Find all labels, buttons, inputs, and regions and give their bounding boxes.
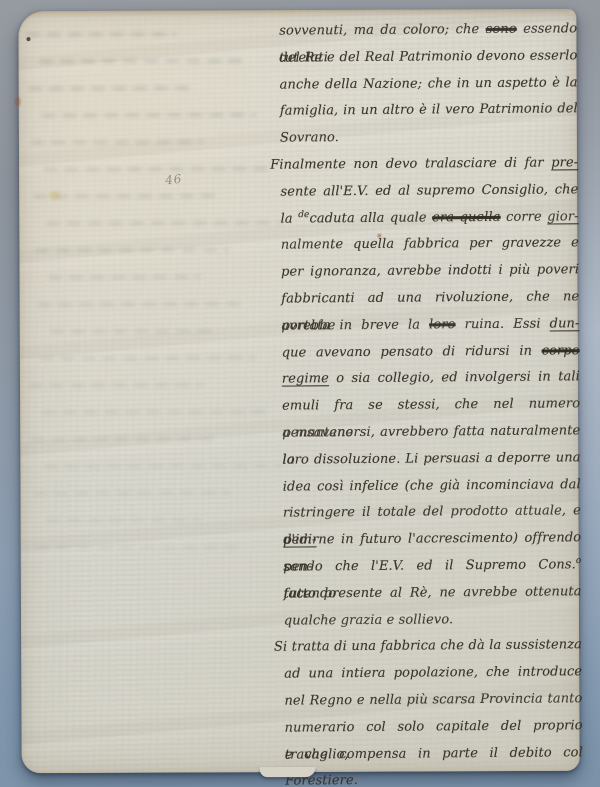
word-run: idea così infelice (che già incominciava… [283,477,581,494]
ghost-line [35,248,229,252]
manuscript-line: Sovrano. [280,123,578,152]
ghost-line [38,302,243,306]
struck-word: sono [486,22,517,37]
word-run: Sovrano. [280,130,339,145]
struck-word: loro [429,317,456,332]
manuscript-line: loro dissoluzione. Li persuasi a deporre… [282,445,580,474]
word-run: Finalmente non devo tralasciare di far [270,155,551,172]
manuscript-line: regime o sia collegio, ed involgersi in … [282,365,580,394]
manuscript-line: idea così infelice (che già incominciava… [283,472,581,501]
word-run: ristringere il totale del prodotto attua… [283,504,581,521]
manuscript-line: Finalmente non devo tralasciare di far p… [270,150,578,179]
ghost-line [42,410,269,414]
word-run: de [298,210,309,220]
word-run: corre [501,209,548,224]
manuscript-line: nalmente quella fabbrica per gravezze e [281,231,579,260]
word-run: famiglia, in un altro è il vero Patrimon… [280,102,578,119]
manuscript-line: sovvenuti, ma da coloro; che sono essend… [279,16,577,45]
manuscript-line: per ignoranza, avrebbe indotti i più pov… [281,257,579,286]
word-run: o sia collegio, ed involgersi in tali [329,370,580,387]
word-run: sente all'E.V. ed al supremo Consiglio, … [280,182,578,199]
ghost-line [31,437,216,441]
word-run: nalmente quella fabbrica per gravezze e [281,236,579,253]
stain [15,97,21,106]
manuscript-line: nel Regno e nella più scarsa Provincia t… [284,686,582,715]
manuscript-line: tutto presente al Rè, ne avrebbe ottenut… [283,579,581,608]
manuscript-line: pedirne in futuro l'accrescimento) offre… [283,525,581,554]
ghost-line [26,33,176,37]
manuscript-line: a mantenersi, avrebbero fatta naturalmen… [282,418,580,447]
word-run: regime [282,372,329,387]
manuscript-line: Si tratta di una fabbrica che dà la suss… [274,633,582,662]
word-run: ruina. Essi [456,316,550,332]
word-run: que avevano pensato di ridursi in [282,343,542,360]
text-column: sovvenuti, ma da coloro; che sono essend… [279,16,583,769]
word-run: anche della Nazione; che in un aspetto è… [280,75,578,92]
manuscript-page: 46 sovvenuti, ma da coloro; che sono ess… [18,9,579,773]
ghost-line [42,113,256,117]
deckle-flap [260,767,316,777]
manuscript-line: qualche grazia e sollievo. [284,606,582,635]
word-run: loro dissoluzione. Li persuasi a deporre… [282,450,580,467]
word-run: portata in breve la [281,317,429,333]
photo-background: 46 sovvenuti, ma da coloro; che sono ess… [0,0,600,787]
manuscript-line: del Re e del Real Patrimonio devono esse… [279,43,577,72]
ghost-line [48,275,200,279]
ghost-line [44,464,282,468]
struck-word: corpo [542,343,580,358]
manuscript-line: ristringere il totale del prodotto attua… [283,499,581,528]
ghost-line [33,194,216,198]
ghost-line [47,518,201,522]
stain [49,191,60,200]
word-run: sovvenuti, ma da coloro; che [279,22,486,39]
ghost-line [29,86,190,90]
manuscript-line: emuli fra se stessi, che nel numero pens… [282,391,580,420]
word-run: sando che l'E.V. ed il Supremo Cons. [283,557,576,574]
word-run: pre- [551,155,578,170]
word-run: caduta alla quale [309,210,432,226]
manuscript-line: portata in breve la loro ruina. Essi dun… [281,311,579,340]
word-run: nel Regno e nella più scarsa Provincia t… [284,691,582,708]
ghost-line [36,545,243,549]
ghost-line [40,59,243,63]
ghost-line [31,140,203,144]
word-run: la [281,211,299,226]
manuscript-line: numerario col solo capitale del proprio … [285,713,583,742]
manuscript-line: que avevano pensato di ridursi in corpo [282,338,580,367]
word-run: qualche grazia e sollievo. [284,612,454,628]
pencil-page-number: 46 [164,172,183,188]
struck-word: era quella [432,209,501,225]
word-run: e che compensa in parte il debito col Fo… [285,745,583,787]
manuscript-line: famiglia, in un altro è il vero Patrimon… [280,97,578,126]
word-run: dun- [550,316,580,331]
word-run: gior- [547,209,579,224]
manuscript-line: la decaduta alla quale era quella corre … [281,204,579,233]
ghost-line [44,167,269,171]
manuscript-line: anche della Nazione; che in un aspetto è… [279,70,577,99]
ghost-line [46,221,282,225]
word-run: del Re e del Real Patrimonio devono esse… [279,48,577,65]
manuscript-line: ad una intiera popolazione, che introduc… [284,659,582,688]
ghost-writing-bleedthrough [18,10,301,611]
ghost-line [51,329,214,333]
word-run: o [576,556,582,566]
word-run: tutto presente al Rè, ne avrebbe ottenut… [284,584,582,601]
manuscript-line: e che compensa in parte il debito col Fo… [285,740,583,769]
ghost-line [29,383,203,387]
ghost-line [33,491,229,495]
ghost-line [40,356,256,360]
manuscript-line: sando che l'E.V. ed il Supremo Cons.o fa… [283,552,581,581]
word-run: per ignoranza, avrebbe indotti i più pov… [281,262,579,279]
manuscript-line: sente all'E.V. ed al supremo Consiglio, … [280,177,578,206]
manuscript-line: fabbricanti ad una rivoluzione, che ne a… [281,284,579,313]
word-run: ad una intiera popolazione, che introduc… [284,664,582,681]
word-run: Si tratta di una fabbrica che dà la suss… [274,638,582,655]
stain [26,37,30,41]
